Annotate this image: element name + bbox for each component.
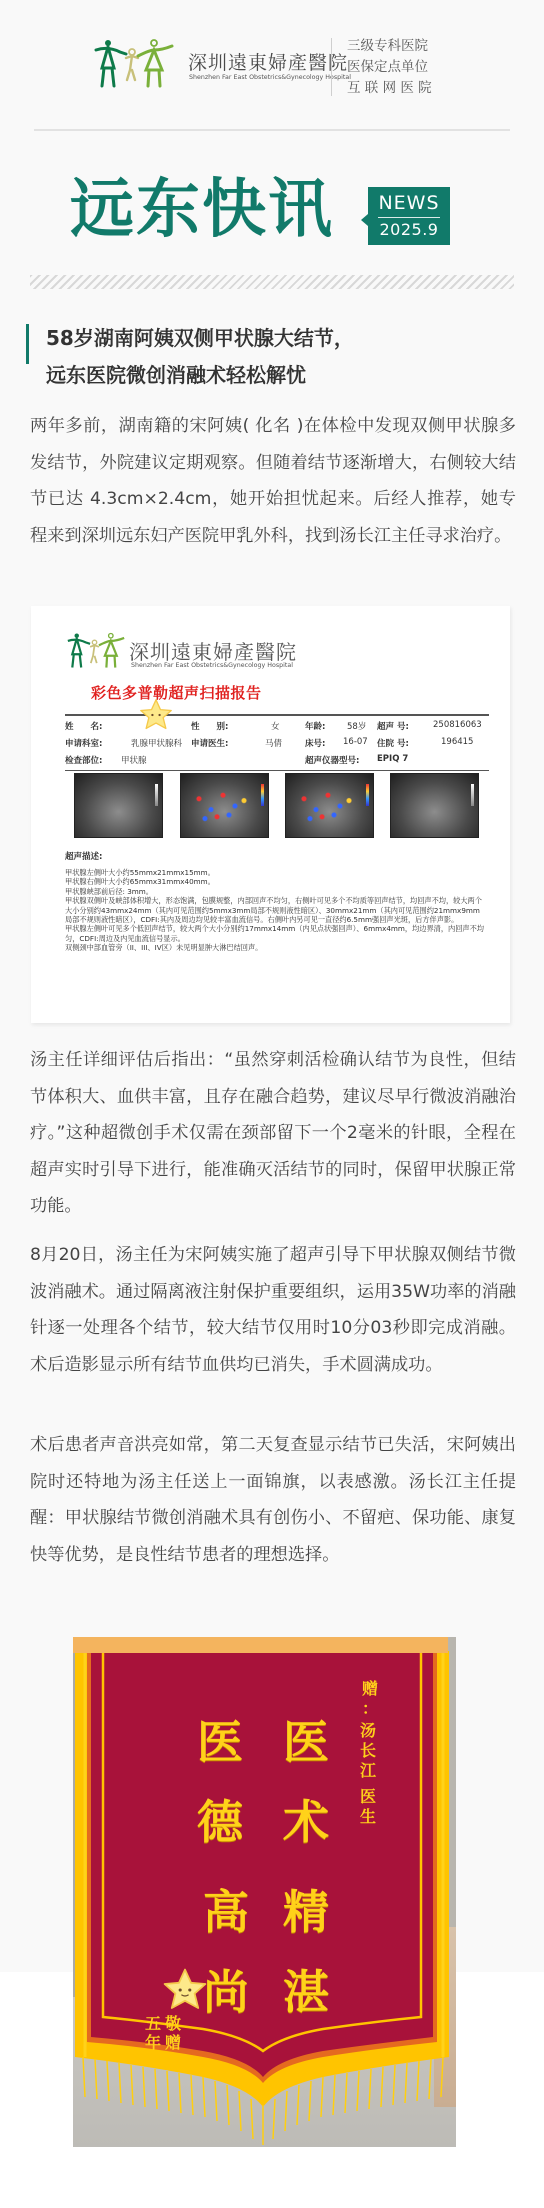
- report-logo-icon: [65, 632, 127, 672]
- banner-gift-to-5: 江: [360, 1761, 376, 1780]
- banner-left-char-4: 尚: [203, 1967, 249, 2017]
- ultrasound-report-image: 深圳遠東婦產醫院 Shenzhen Far East Obstetrics&Gy…: [31, 606, 510, 1023]
- ultrasound-image-3: [285, 773, 374, 838]
- hospital-tags: 三级专科医院 医保定点单位 互 联 网 医 院: [347, 36, 432, 99]
- inpatient-value: 196415: [441, 737, 473, 747]
- ultrasound-image-4: [390, 773, 479, 838]
- banner-gift-to-7: 生: [360, 1807, 376, 1826]
- bed-value: 16-07: [343, 737, 368, 747]
- masthead: 远东快讯 NEWS 2025.9: [0, 160, 544, 270]
- report-info-row-1: 姓 名: 性 别: 女 年龄: 58岁 超声 号: 250816063: [65, 718, 489, 735]
- news-badge: NEWS 2025.9: [368, 187, 450, 245]
- article-paragraph-1: 两年多前，湖南籍的宋阿姨( 化名 )在体检中发现双侧甲状腺多发结节，外院建议定期…: [30, 408, 516, 554]
- headline-accent-bar: [26, 324, 29, 364]
- device-value: EPIQ 7: [377, 754, 408, 764]
- article-page: 深圳遠東婦產醫院 Shenzhen Far East Obstetrics&Gy…: [0, 0, 544, 2208]
- doctor-value: 马倩: [265, 737, 282, 749]
- banner-right-char-2: 术: [283, 1797, 329, 1847]
- hospital-logo-icon: [94, 38, 174, 92]
- doctor-label: 申请医生:: [191, 737, 228, 749]
- device-label: 超声仪器型号:: [305, 754, 359, 766]
- report-info-row-2: 申请科室: 乳腺甲状腺科 申请医生: 马倩 床号: 16-07 住院 号: 19…: [65, 735, 489, 752]
- us-no-value: 250816063: [433, 720, 482, 730]
- hatch-divider: [30, 275, 514, 289]
- ultrasound-image-1: [74, 773, 163, 838]
- banner-right-char-4: 湛: [283, 1967, 329, 2017]
- news-badge-divider: [378, 217, 440, 218]
- banner-gift-from-3: 年: [145, 2033, 161, 2052]
- us-no-label: 超声 号:: [377, 720, 409, 732]
- silk-banner-icon: [73, 1637, 456, 2147]
- report-desc-line-4: 甲状腺双侧叶及峡部体积增大，形态饱满，包膜规整，内部回声不均匀，右侧叶可见多个不…: [65, 896, 485, 924]
- banner-right-char-3: 精: [283, 1887, 329, 1937]
- header-divider: [331, 38, 332, 96]
- report-desc-line-2: 甲状腺右侧叶大小约65mmx31mmx40mm。: [65, 877, 485, 886]
- banner-right-char-1: 医: [283, 1717, 329, 1767]
- age-value: 58岁: [347, 720, 366, 732]
- banner-gift-to-4: 长: [360, 1741, 376, 1760]
- age-label: 年龄:: [305, 720, 325, 732]
- site-label: 检查部位:: [65, 754, 102, 766]
- report-hospital-name-cn: 深圳遠東婦產醫院: [129, 636, 297, 665]
- banner-gift-from-2: 敬: [165, 2014, 181, 2033]
- report-desc-line-3: 甲状腺峡部前后径: 3mm。: [65, 887, 485, 896]
- banner-left-char-1: 医: [197, 1717, 243, 1767]
- banner-gift-to-2: ：: [362, 1699, 378, 1718]
- silk-banner-photo: 医 德 高 尚 医 术 精 湛 赠 ： 汤 长 江 医 生 五 敬 年 赠: [73, 1637, 456, 2147]
- report-bottom-rule: [65, 770, 489, 771]
- tag-insurance-designated: 医保定点单位: [347, 57, 432, 78]
- headline-line-2: 远东医院微创消融术轻松解忧: [46, 357, 354, 394]
- hospital-name-en: Shenzhen Far East Obstetrics&Gynecology …: [189, 74, 351, 81]
- ultrasound-image-2: [180, 773, 269, 838]
- dept-value: 乳腺甲状腺科: [131, 737, 182, 749]
- article-paragraph-3: 8月20日，汤主任为宋阿姨实施了超声引导下甲状腺双侧结节微波消融术。通过隔离液注…: [30, 1237, 516, 1383]
- name-label: 姓 名:: [65, 720, 102, 732]
- bed-label: 床号:: [305, 737, 325, 749]
- report-title: 彩色多普勒超声扫描报告: [91, 682, 262, 703]
- report-desc-line-5: 甲状腺左侧叶可见多个低回声结节，较大两个大小分别约17mmx14mm（内见点状强…: [65, 924, 485, 943]
- report-info-row-3: 检查部位: 甲状腺 超声仪器型号: EPIQ 7: [65, 752, 489, 769]
- hospital-name-cn: 深圳遠東婦產醫院: [188, 48, 348, 75]
- report-desc-line-6: 双侧颈中部血管旁（II、III、IV区）未见明显肿大淋巴结回声。: [65, 943, 485, 952]
- header-rule: [34, 129, 510, 131]
- banner-gift-from-1: 五: [145, 2014, 161, 2033]
- banner-left-char-3: 高: [203, 1887, 249, 1937]
- banner-gift-to-6: 医: [360, 1787, 376, 1806]
- headline-text: 58岁湖南阿姨双侧甲状腺大结节， 远东医院微创消融术轻松解忧: [46, 320, 354, 394]
- masthead-title: 远东快讯: [70, 170, 334, 250]
- star-sticker-icon: [161, 1967, 209, 2013]
- ultrasound-images: [74, 773, 484, 839]
- article-paragraph-4: 术后患者声音洪亮如常，第二天复查显示结节已失活，宋阿姨出院时还特地为汤主任送上一…: [30, 1427, 516, 1573]
- inpatient-label: 住院 号:: [377, 737, 409, 749]
- report-hospital-name-en: Shenzhen Far East Obstetrics&Gynecology …: [131, 662, 293, 669]
- banner-gift-from-4: 赠: [165, 2033, 181, 2052]
- banner-left-char-2: 德: [197, 1797, 243, 1847]
- news-badge-date: 2025.9: [368, 220, 450, 240]
- headline-line-1: 58岁湖南阿姨双侧甲状腺大结节，: [46, 320, 354, 357]
- banner-gift-to-3: 汤: [360, 1721, 376, 1740]
- report-description-title: 超声描述:: [65, 850, 102, 862]
- report-patient-info: 姓 名: 性 别: 女 年龄: 58岁 超声 号: 250816063 申请科室…: [65, 718, 489, 769]
- sex-value: 女: [271, 720, 280, 732]
- site-value: 甲状腺: [121, 754, 147, 766]
- sex-label: 性 别:: [191, 720, 228, 732]
- dept-label: 申请科室:: [65, 737, 102, 749]
- star-sticker-icon: [138, 698, 174, 732]
- tag-internet-hospital: 互 联 网 医 院: [347, 78, 432, 99]
- report-desc-line-1: 甲状腺左侧叶大小约55mmx21mmx15mm。: [65, 868, 485, 877]
- report-top-rule: [65, 714, 489, 716]
- hospital-header: 深圳遠東婦產醫院 Shenzhen Far East Obstetrics&Gy…: [0, 0, 544, 130]
- news-badge-word: NEWS: [368, 187, 450, 216]
- report-description: 甲状腺左侧叶大小约55mmx21mmx15mm。 甲状腺右侧叶大小约65mmx3…: [65, 868, 485, 953]
- banner-rod: [73, 1637, 448, 1653]
- tag-tertiary-hospital: 三级专科医院: [347, 36, 432, 57]
- article-paragraph-2: 汤主任详细评估后指出：“虽然穿刺活检确认结节为良性，但结节体积大、血供丰富，且存…: [30, 1042, 516, 1225]
- banner-gift-to-1: 赠: [362, 1679, 378, 1698]
